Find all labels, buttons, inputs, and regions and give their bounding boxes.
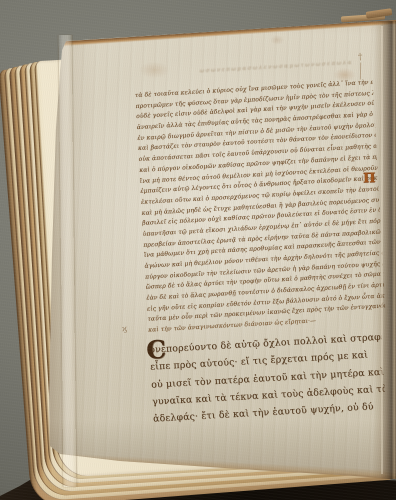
manuscript-photo-scene: ωσωνεπωμασωλενωσαμωτωνωσεπωλαμωσω † τὰ δ… (0, 0, 396, 500)
photo-grain-overlay (0, 0, 396, 500)
